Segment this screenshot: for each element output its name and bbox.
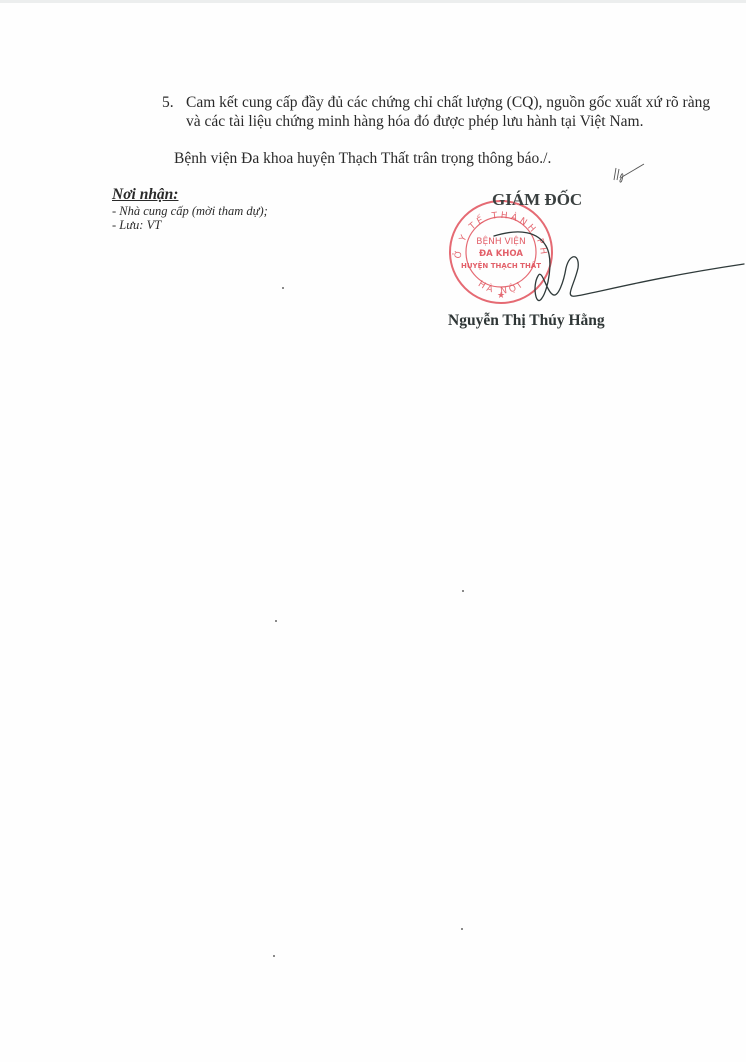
handwritten-signature-icon [480,216,746,306]
recipient-item: - Lưu: VT [112,218,268,232]
list-item-5: 5. Cam kết cung cấp đầy đủ các chứng chỉ… [162,94,722,131]
recipients-title: Nơi nhận: [112,186,268,204]
list-item-number: 5. [162,94,174,113]
scan-speck [282,287,284,289]
scan-speck [273,955,275,957]
initials-mark-icon [610,160,646,186]
signature-block: SỞ Y TẾ THÀNH PHỐ HÀ NỘI BỆNH VIỆN ĐA KH… [440,188,746,338]
scan-speck [275,620,277,622]
recipients-section: Nơi nhận: - Nhà cung cấp (mời tham dự); … [112,186,268,232]
scan-speck [461,928,463,930]
signer-name: Nguyễn Thị Thúy Hằng [448,312,605,330]
scan-speck [462,590,464,592]
page-top-edge [0,0,746,3]
list-item-text: Cam kết cung cấp đầy đủ các chứng chỉ ch… [186,94,722,131]
signer-role-title: GIÁM ĐỐC [492,190,582,210]
recipient-item: - Nhà cung cấp (mời tham dự); [112,204,268,218]
closing-statement: Bệnh viện Đa khoa huyện Thạch Thất trân … [174,150,551,168]
